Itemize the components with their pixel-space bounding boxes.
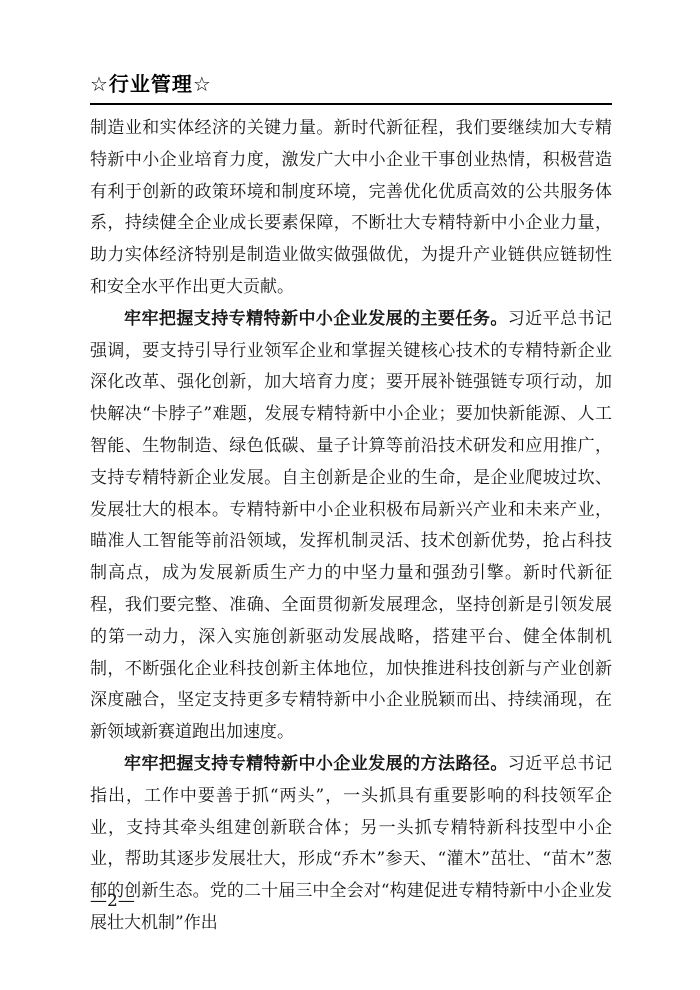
- paragraph-lead: 牢牢把握支持专精特新中小企业发展的主要任务。: [124, 309, 508, 329]
- column-header-title: ☆行业管理☆: [90, 70, 612, 98]
- paragraph-text: 习近平总书记强调，要支持引导行业领军企业和掌握关键核心技术的专精特新企业深化改革…: [90, 309, 612, 742]
- paragraph: 制造业和实体经济的关键力量。新时代新征程，我们要继续加大专精特新中小企业培育力度…: [90, 113, 612, 304]
- paragraph-text: 制造业和实体经济的关键力量。新时代新征程，我们要继续加大专精特新中小企业培育力度…: [90, 118, 612, 297]
- page-number: —2—: [90, 889, 135, 913]
- page-content: ☆行业管理☆ 制造业和实体经济的关键力量。新时代新征程，我们要继续加大专精特新中…: [90, 70, 612, 940]
- paragraph-lead: 牢牢把握支持专精特新中小企业发展的方法路径。: [124, 754, 508, 774]
- body-text: 制造业和实体经济的关键力量。新时代新征程，我们要继续加大专精特新中小企业培育力度…: [90, 113, 612, 940]
- document-page: ☆行业管理☆ 制造业和实体经济的关键力量。新时代新征程，我们要继续加大专精特新中…: [0, 0, 700, 990]
- paragraph-text: 习近平总书记指出，工作中要善于抓“两头”，一头抓具有重要影响的科技领军企业，支持…: [90, 754, 612, 933]
- header-rule-divider: [90, 103, 612, 105]
- paragraph: 牢牢把握支持专精特新中小企业发展的主要任务。习近平总书记强调，要支持引导行业领军…: [90, 304, 612, 749]
- paragraph: 牢牢把握支持专精特新中小企业发展的方法路径。习近平总书记指出，工作中要善于抓“两…: [90, 749, 612, 940]
